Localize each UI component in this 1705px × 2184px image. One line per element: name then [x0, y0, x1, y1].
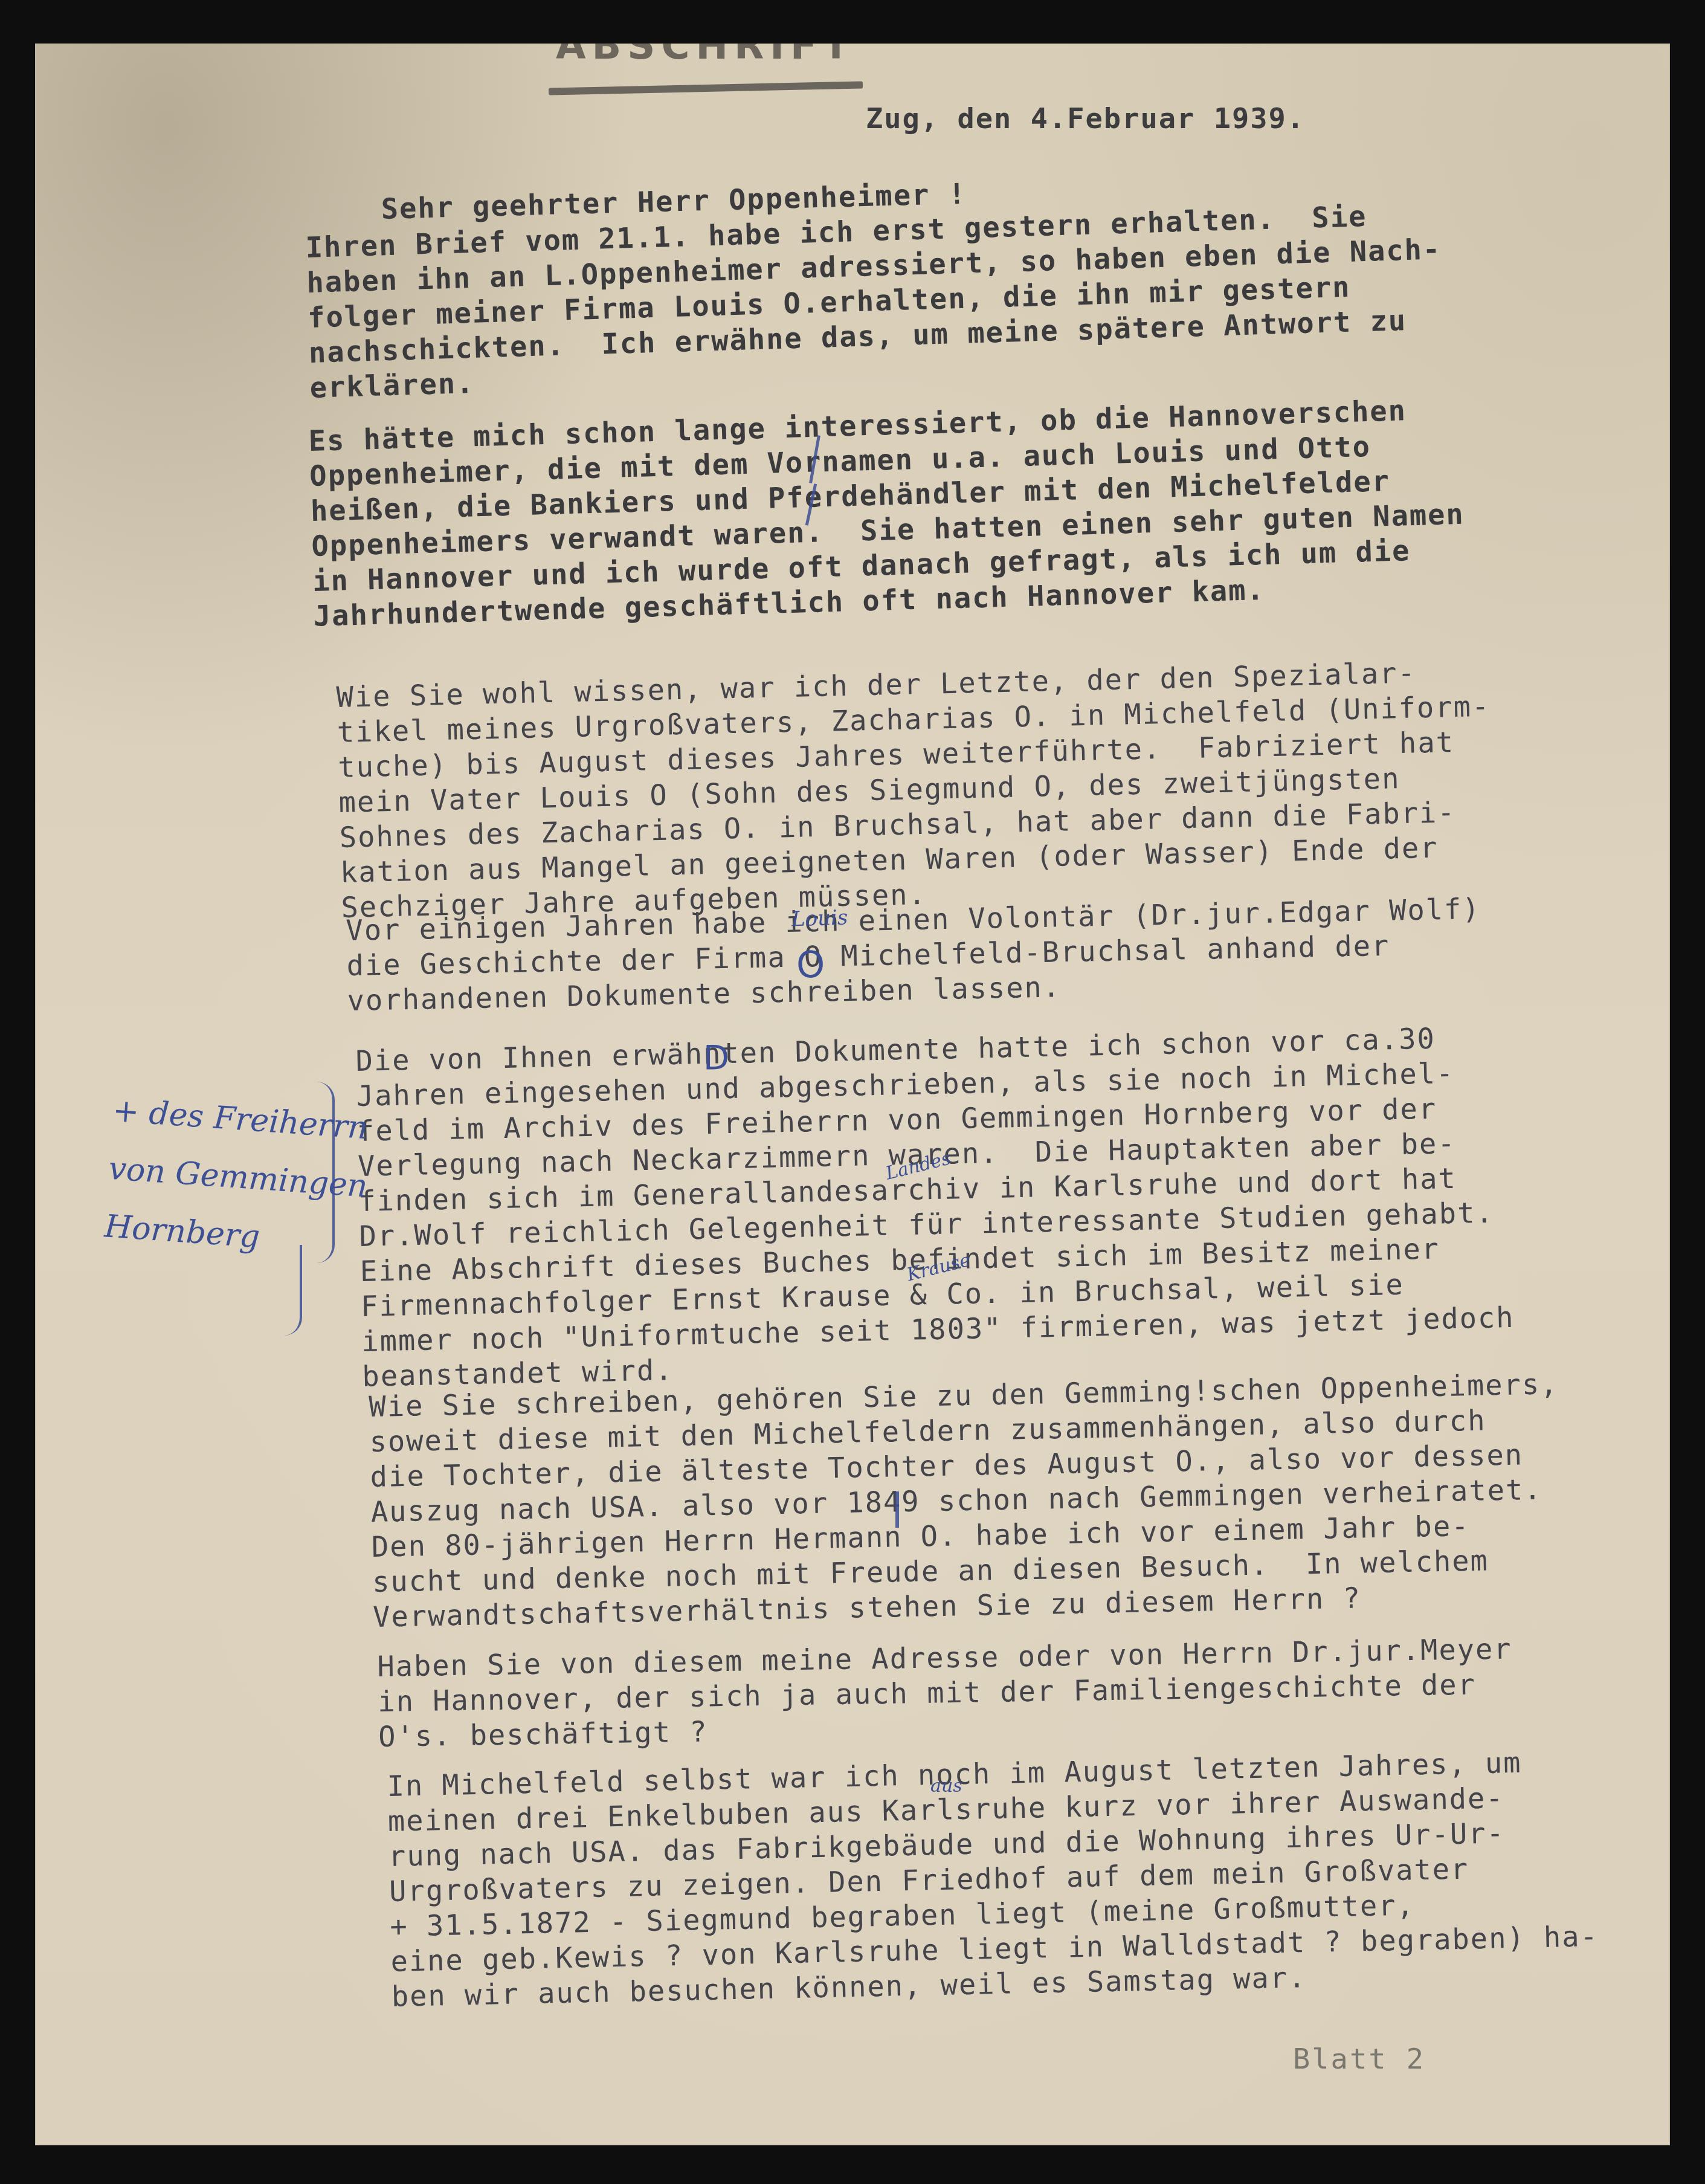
correction-mark	[895, 1491, 899, 1528]
handwritten-louis: Louis	[791, 905, 848, 931]
margin-bracket-tail	[283, 1245, 302, 1336]
margin-bracket	[314, 1082, 335, 1263]
date-line: Zug, den 4.Februar 1939.	[866, 102, 1305, 137]
paragraph-2: Es hätte mich schon lange interessiert, …	[308, 392, 1467, 635]
handwritten-aus: aus	[930, 1775, 962, 1797]
paragraph-3: Wie Sie wohl wissen, war ich der Letzte,…	[336, 654, 1494, 926]
paragraph-1: Ihren Brief vom 21.1. habe ich erst gest…	[305, 197, 1445, 406]
paragraph-4: Vor einigen Jahren habe ich einen Volont…	[346, 892, 1482, 1019]
handwritten-d: D	[703, 1038, 729, 1077]
paragraph-8: In Michelfeld selbst war ich noch im Aug…	[387, 1744, 1600, 2015]
abschrift-stamp: ABSCHRIFT	[556, 44, 855, 68]
page-label: Blatt 2	[1293, 2043, 1425, 2076]
paragraph-5: Die von Ihnen erwähnten Dokumente hatte …	[355, 1020, 1515, 1395]
handwritten-firm-o: O	[796, 944, 825, 986]
paragraph-7: Haben Sie von diesem meine Adresse oder …	[377, 1632, 1513, 1754]
paragraph-6: Wie Sie schreiben, gehören Sie zu den Ge…	[369, 1367, 1563, 1635]
